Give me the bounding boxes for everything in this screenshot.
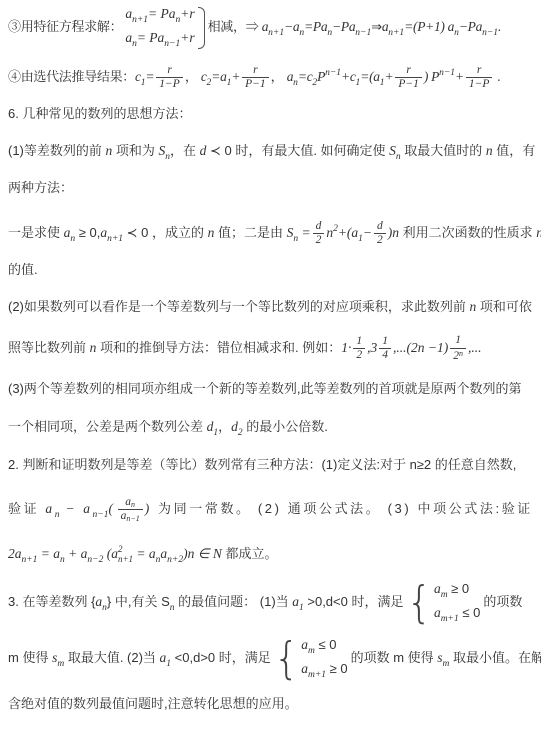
math-segment: +r — [180, 30, 194, 45]
math-segment: 2a — [8, 546, 22, 561]
fraction: 12 — [353, 335, 365, 362]
text-segment: 相减，⇒ — [208, 19, 262, 34]
text-segment: 都成立。 — [222, 546, 278, 561]
math-segment: r — [167, 64, 171, 76]
text-segment: 值，有 — [493, 143, 536, 158]
text-segment: ≺ 0 时，有最大值. 如何确定使 — [206, 143, 389, 158]
text-segment: 项和为 — [112, 143, 158, 158]
math-segment: 1 — [455, 334, 461, 346]
fraction-denominator: 1−P — [466, 78, 493, 91]
math-segment: −Pa — [332, 19, 355, 34]
fraction-denominator: 2n — [450, 349, 466, 363]
text-segment: >0,d<0 时，满足 — [304, 594, 404, 609]
item-3-common-terms-line-2: 一个相同项，公差是两个数列公差 d1，d2 的最小公倍数. — [8, 408, 536, 446]
math-segment: + — [385, 69, 394, 84]
fraction-denominator: 1−P — [156, 78, 183, 91]
fraction-numerator: r — [395, 64, 422, 78]
fraction-numerator: 1 — [353, 335, 365, 349]
math-segment: 1−P — [469, 78, 490, 90]
item-1-max-sum-line-1: (1)等差数列的前 n 项和为 Sn，在 d ≺ 0 时，有最大值. 如何确定使… — [8, 132, 536, 170]
math-segment: 2 — [377, 234, 383, 246]
fraction: rP−1 — [242, 64, 269, 91]
text-segment: 的最小公倍数. — [243, 419, 328, 434]
math-segment: = Pa — [137, 30, 164, 45]
math-segment: + — [231, 69, 240, 84]
text-segment: 两种方法： — [8, 180, 73, 195]
subscript: n+2 — [167, 555, 183, 565]
system-row: am ≤ 0 — [301, 635, 347, 659]
section-2-judge-prove-line-1: 2. 判断和证明数列是等差（等比）数列常有三种方法：(1)定义法:对于 n≥2 … — [8, 446, 536, 484]
subscript: n+1 — [132, 15, 148, 25]
math-segment: =c — [298, 69, 313, 84]
text-segment: 的项数 m 使得 — [351, 650, 438, 665]
text-segment: ≥ 0 — [448, 581, 470, 596]
fraction-numerator: d — [374, 220, 386, 234]
system-rows: am ≥ 0am+1 ≤ 0 — [434, 579, 480, 626]
text-segment: 验证 — [8, 501, 45, 516]
math-segment: a — [45, 501, 54, 516]
text-segment: ， — [185, 69, 201, 84]
math-segment: . — [494, 69, 500, 84]
math-segment: P−1 — [398, 78, 419, 90]
system-row: an+1= Pan+r — [125, 4, 194, 28]
item-1-max-sum-line-2: 两种方法： — [8, 170, 536, 206]
subscript: n−1 — [482, 28, 498, 38]
text-segment: ⇒ — [371, 19, 382, 34]
math-segment: 4 — [382, 349, 388, 361]
fraction-numerator: an — [118, 496, 143, 510]
section-2-judge-prove-line-2: 验证 an − an−1(anan−1) 为同一常数。 (2) 通项公式法。 (… — [8, 484, 536, 534]
math-segment: ,3 — [367, 340, 377, 355]
math-segment: (a — [103, 546, 118, 561]
subscript: n+1 — [388, 28, 404, 38]
math-segment: − a — [60, 501, 93, 516]
math-segment: + a — [65, 546, 88, 561]
fraction: 14 — [379, 335, 391, 362]
superscript: n−1 — [325, 68, 341, 78]
text-segment: ≤ 0 — [459, 605, 481, 620]
math-segment: )n ∈ N — [183, 546, 222, 561]
math-segment: ,... — [468, 340, 482, 355]
math-segment: a — [434, 605, 441, 620]
equation-system: an+1= Pan+ran= Pan−1+r — [125, 4, 204, 51]
fraction-numerator: 1 — [379, 335, 391, 349]
fraction: r1−P — [156, 64, 183, 91]
math-segment: 2 — [316, 234, 322, 246]
fraction-numerator: d — [313, 220, 325, 234]
math-segment: 1−P — [159, 78, 180, 90]
text-segment: (2)如果数列可以看作是一个等差数列与一个等比数列的对应项乘积，求此数列前 — [8, 299, 470, 314]
math-segment: 1· — [341, 340, 351, 355]
subscript: m — [441, 590, 448, 600]
equation-system: {am ≥ 0am+1 ≤ 0 — [406, 579, 480, 626]
math-segment: = a — [37, 546, 60, 561]
fraction-denominator: an−1 — [118, 510, 143, 523]
math-segment: +( — [338, 225, 352, 240]
text-segment: 取最大值时的 — [401, 143, 486, 158]
superscript: n — [459, 349, 463, 358]
text-segment: 照等比数列前 — [8, 340, 90, 355]
system-row: am ≥ 0 — [434, 579, 480, 603]
subscript: n−1 — [164, 39, 180, 49]
document-page: ③用特征方程求解：an+1= Pan+ran= Pan−1+r相减，⇒ an+1… — [0, 0, 541, 722]
section-2-judge-prove-line-3: 2an+1 = an + an−2 (a2n+1 = anan+2)n ∈ N … — [8, 534, 536, 574]
fraction-numerator: r — [466, 64, 493, 78]
text-segment: 含绝对值的数列最值问题时,注意转化思想的应用。 — [8, 696, 298, 711]
math-segment: − — [363, 225, 372, 240]
math-segment: ) — [145, 501, 152, 516]
math-segment: n — [536, 225, 541, 240]
math-segment: =Pa — [304, 19, 327, 34]
superscript: n−1 — [439, 68, 455, 78]
section-3-extremum-line-3: 含绝对值的数列最值问题时,注意转化思想的应用。 — [8, 686, 536, 722]
text-segment: 的项数 — [483, 594, 522, 609]
left-brace-icon: { — [406, 581, 431, 624]
sup-sub-stack: 2n+1 — [118, 545, 133, 564]
item-1-two-methods: 一是求使 an ≥ 0,an+1 ≺ 0 ，成立的 n 值；二是由 Sn =d2… — [8, 206, 536, 252]
text-segment: <0,d>0 时，满足 — [171, 650, 271, 665]
math-segment: ) P — [424, 69, 439, 84]
math-segment: =(a — [360, 69, 379, 84]
text-segment: (3)两个等差数列的相同项亦组成一个新的等差数列,此等差数列的首项就是原两个数列… — [8, 381, 522, 396]
math-segment: d — [231, 419, 238, 434]
text-segment: ④由选代法推导结果： — [8, 69, 135, 84]
fraction-denominator: P−1 — [395, 78, 422, 91]
text-segment: ， — [218, 419, 231, 434]
math-segment: = Pa — [148, 6, 175, 21]
section-6-heading: 6. 几种常见的数列的思想方法： — [8, 96, 536, 132]
system-row: an= Pan−1+r — [125, 28, 194, 52]
equation-system: {am ≤ 0am+1 ≥ 0 — [274, 635, 348, 682]
fraction-denominator: 4 — [379, 349, 391, 362]
math-segment: 1 — [382, 335, 388, 347]
text-segment: 值；二是由 — [214, 225, 286, 240]
text-segment: ≥ 0, — [75, 225, 100, 240]
text-segment: ③用特征方程求解： — [8, 19, 122, 34]
math-segment: −a — [284, 19, 299, 34]
text-segment: 为同一常数。 (2) 通项公式法。 (3) 中项公式法:验证 — [152, 501, 533, 516]
subscript: m+1 — [308, 670, 326, 680]
math-segment: 1 — [356, 335, 362, 347]
system-row: am+1 ≥ 0 — [301, 659, 347, 683]
text-segment: ，在 — [170, 143, 200, 158]
method-3-characteristic-equation: ③用特征方程求解：an+1= Pan+ran= Pan−1+r相减，⇒ an+1… — [8, 4, 536, 50]
text-segment: 项和的推倒导方法：错位相减求和. 例如： — [96, 340, 341, 355]
subscript: n−2 — [87, 555, 103, 565]
math-segment: +r — [180, 6, 194, 21]
text-segment: 一是求使 — [8, 225, 64, 240]
subscript: n+1 — [268, 28, 284, 38]
math-segment: P−1 — [245, 78, 266, 90]
fraction: rP−1 — [395, 64, 422, 91]
math-segment: a — [301, 661, 308, 676]
section-3-extremum-line-2: m 使得 sm 取最大值. (2)当 a1 <0,d>0 时，满足{am ≤ 0… — [8, 630, 536, 686]
text-segment: ≺ 0 ，成立的 — [123, 225, 208, 240]
math-segment: a — [292, 594, 299, 609]
math-segment: +c — [341, 69, 356, 84]
math-segment: r — [477, 64, 481, 76]
method-4-iteration-result: ④由选代法推导结果：c1=r1−P， c2=a1+rP−1， an=c2Pn−1… — [8, 50, 536, 96]
math-segment: )n — [388, 225, 399, 240]
subscript: n+1 — [118, 555, 133, 564]
text-segment: 利用二次函数的性质求 — [399, 225, 536, 240]
fraction-denominator: P−1 — [242, 78, 269, 91]
fraction-denominator: 2 — [374, 234, 386, 247]
fraction-numerator: 1 — [450, 334, 466, 348]
text-segment: } 中,有关 S — [107, 594, 170, 609]
math-segment: d — [377, 220, 383, 232]
system-row: am+1 ≤ 0 — [434, 603, 480, 627]
right-bracket-icon — [198, 7, 205, 49]
math-segment: −Pa — [459, 19, 482, 34]
text-segment: 的最值问题： (1)当 — [175, 594, 293, 609]
math-segment: P — [317, 69, 325, 84]
subscript: n — [131, 500, 135, 509]
math-segment: + — [455, 69, 464, 84]
math-segment: . — [498, 19, 501, 34]
left-brace-icon: { — [274, 637, 299, 680]
math-segment: =a — [211, 69, 226, 84]
subscript: m+1 — [441, 614, 459, 624]
fraction-denominator: 2 — [353, 349, 365, 362]
text-segment: ， — [271, 69, 287, 84]
subscript: n+1 — [107, 234, 123, 244]
subscript: n−1 — [355, 28, 371, 38]
text-segment: (1)等差数列的前 — [8, 143, 106, 158]
system-rows: am ≤ 0am+1 ≥ 0 — [301, 635, 347, 682]
text-segment: 取最大值. (2)当 — [64, 650, 159, 665]
text-segment: m 使得 — [8, 650, 52, 665]
math-segment: a — [434, 581, 441, 596]
text-segment: 6. 几种常见的数列的思想方法： — [8, 106, 191, 121]
math-segment: = — [145, 69, 154, 84]
math-segment: n — [486, 143, 493, 158]
subscript: m — [308, 646, 315, 656]
math-segment: ( — [108, 501, 115, 516]
fraction-numerator: r — [242, 64, 269, 78]
math-segment: a — [301, 637, 308, 652]
text-segment: 项和可依 — [476, 299, 532, 314]
item-1-tail: 的值. — [8, 252, 536, 288]
math-segment: =(P+1) a — [404, 19, 454, 34]
fraction: 12n — [450, 334, 466, 362]
text-segment: ≥ 0 — [326, 661, 348, 676]
fraction-denominator: 2 — [313, 234, 325, 247]
math-segment: = — [298, 225, 311, 240]
fraction-numerator: r — [156, 64, 183, 78]
fraction: r1−P — [466, 64, 493, 91]
subscript: n−1 — [126, 514, 139, 523]
text-segment: 取最小值。在解 — [449, 650, 541, 665]
math-segment: r — [253, 64, 257, 76]
subscript: n−1 — [93, 510, 109, 520]
math-segment: = a — [133, 546, 156, 561]
text-segment: 一个相同项，公差是两个数列公差 — [8, 419, 207, 434]
item-2-product-line-1: (2)如果数列可以看作是一个等差数列与一个等比数列的对应项乘积，求此数列前 n … — [8, 288, 536, 326]
subscript: n+1 — [22, 555, 38, 565]
math-segment: ,...(2n −1) — [393, 340, 448, 355]
item-2-product-line-2: 照等比数列前 n 项和的推倒导方法：错位相减求和. 例如：1·12,314,..… — [8, 326, 536, 370]
math-segment: 2 — [356, 349, 362, 361]
math-segment: S — [389, 143, 396, 158]
system-rows: an+1= Pan+ran= Pan−1+r — [125, 4, 194, 51]
text-segment: 2. 判断和证明数列是等差（等比）数列常有三种方法：(1)定义法:对于 n≥2 … — [8, 457, 516, 472]
math-segment: r — [406, 64, 410, 76]
text-segment: ≤ 0 — [315, 637, 337, 652]
fraction: anan−1 — [118, 496, 143, 523]
fraction: d2 — [313, 220, 325, 247]
section-3-extremum-line-1: 3. 在等差数列 {an} 中,有关 Sn 的最值问题： (1)当 a1 >0,… — [8, 574, 536, 630]
text-segment: 的值. — [8, 262, 38, 277]
fraction: d2 — [374, 220, 386, 247]
item-3-common-terms-line-1: (3)两个等差数列的相同项亦组成一个新的等差数列,此等差数列的首项就是原两个数列… — [8, 370, 536, 408]
text-segment: 3. 在等差数列 { — [8, 594, 95, 609]
math-segment: d — [316, 220, 322, 232]
